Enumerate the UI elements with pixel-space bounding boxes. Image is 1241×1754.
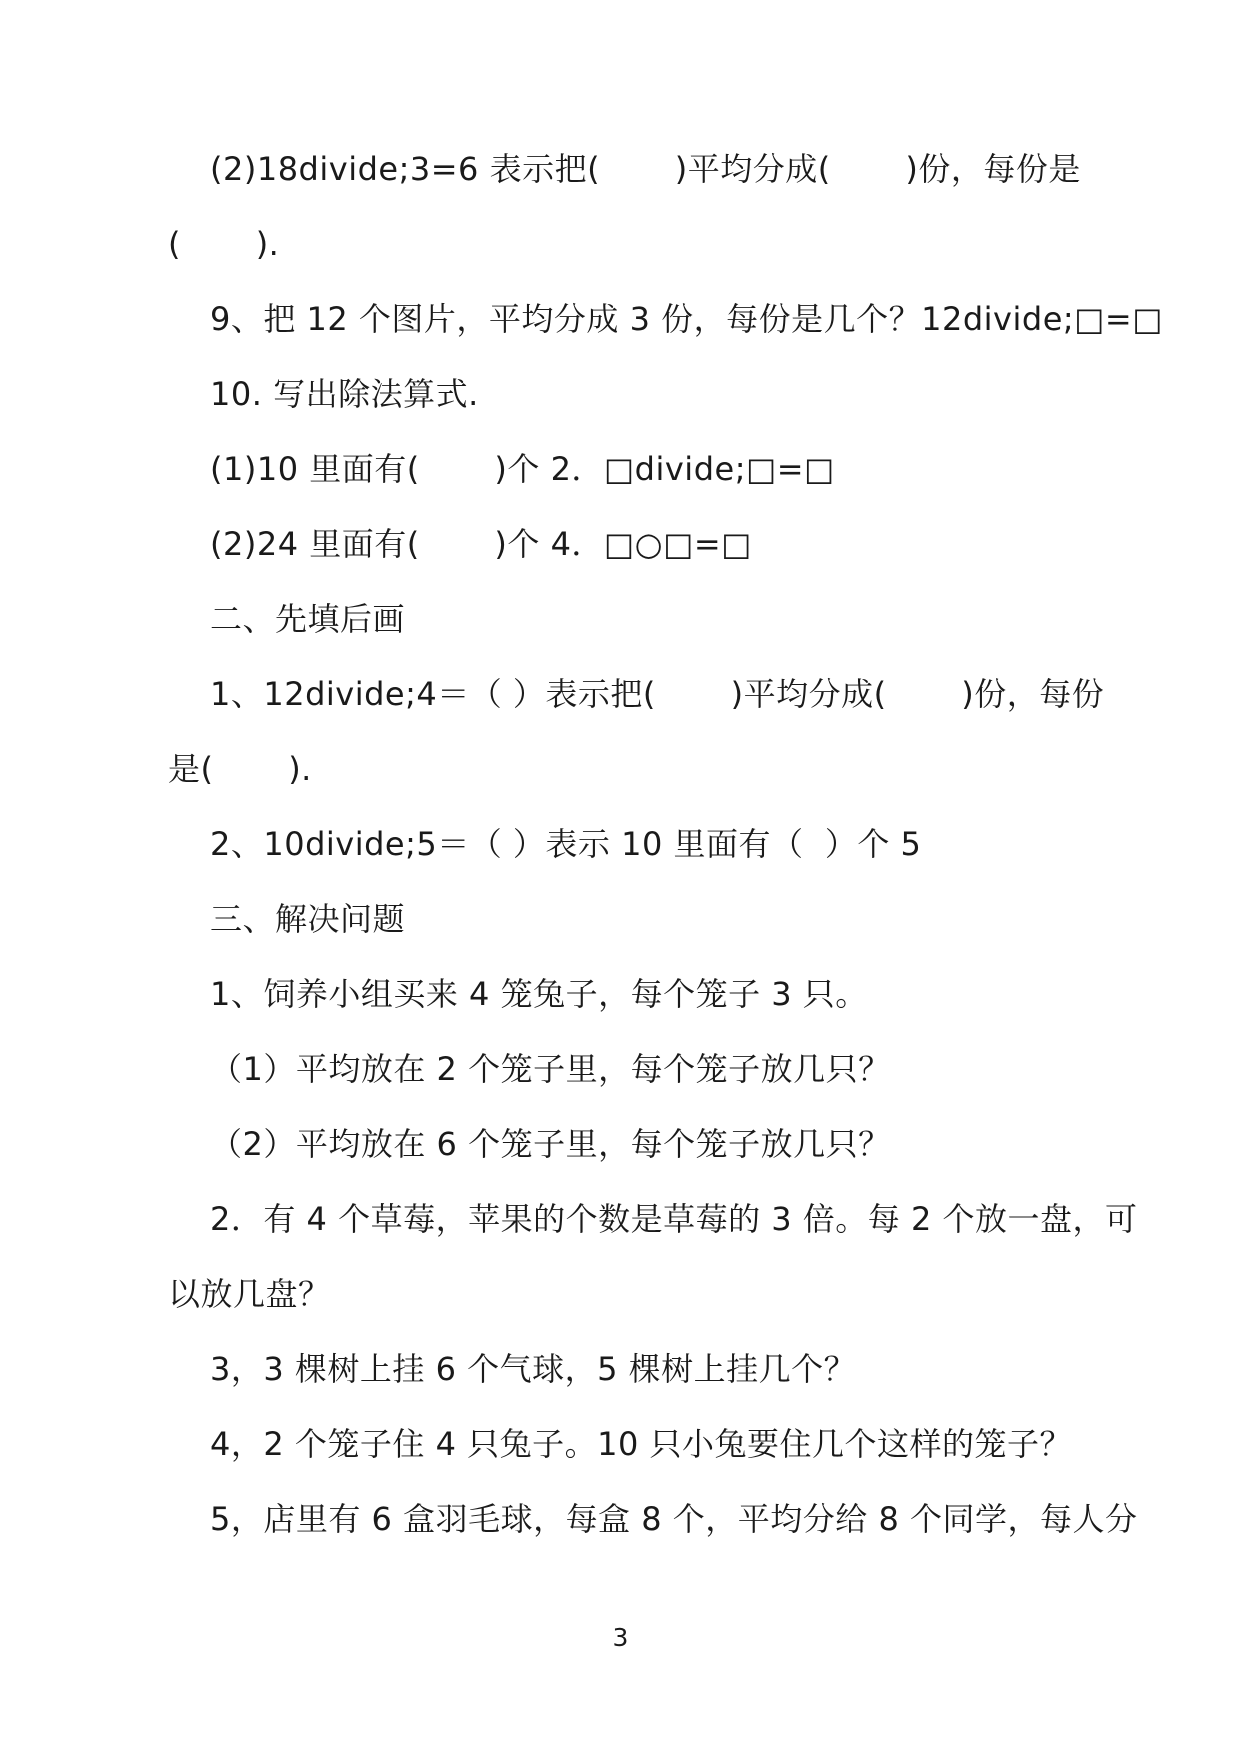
text-line: (2)18divide;3=6 表示把( )平均分成( )份，每份是 [168,132,1073,207]
text-line: （1）平均放在 2 个笼子里，每个笼子放几只？ [168,1032,1073,1107]
text-line: 是( ). [168,732,1073,807]
text-line: 2、10divide;5＝（ ）表示 10 里面有（ ）个 5 [168,807,1073,882]
text-line: 5，店里有 6 盒羽毛球，每盒 8 个，平均分给 8 个同学，每人分 [168,1482,1073,1557]
text-line: 4，2 个笼子住 4 只兔子。10 只小兔要住几个这样的笼子？ [168,1407,1073,1482]
text-line: 以放几盘？ [168,1257,1073,1332]
section-heading: 二、先填后画 [168,582,1073,657]
text-line: 1、饲养小组买来 4 笼兔子，每个笼子 3 只。 [168,957,1073,1032]
section-heading: 三、解决问题 [168,882,1073,957]
text-line: 1、12divide;4＝（ ）表示把( )平均分成( )份，每份 [168,657,1073,732]
text-line: 9、把 12 个图片，平均分成 3 份，每份是几个？12divide;□=□ [168,282,1073,357]
section-heading: 10. 写出除法算式. [168,357,1073,432]
text-line: （2）平均放在 6 个笼子里，每个笼子放几只？ [168,1107,1073,1182]
text-line: (1)10 里面有( )个 2．□divide;□=□ [168,432,1073,507]
worksheet-page: (2)18divide;3=6 表示把( )平均分成( )份，每份是 ( ). … [0,0,1241,1754]
page-number: 3 [0,1618,1241,1658]
text-line: 3，3 棵树上挂 6 个气球，5 棵树上挂几个？ [168,1332,1073,1407]
text-line: ( ). [168,207,1073,282]
text-line: 2．有 4 个草莓，苹果的个数是草莓的 3 倍。每 2 个放一盘，可 [168,1182,1073,1257]
text-line: (2)24 里面有( )个 4．□○□=□ [168,507,1073,582]
